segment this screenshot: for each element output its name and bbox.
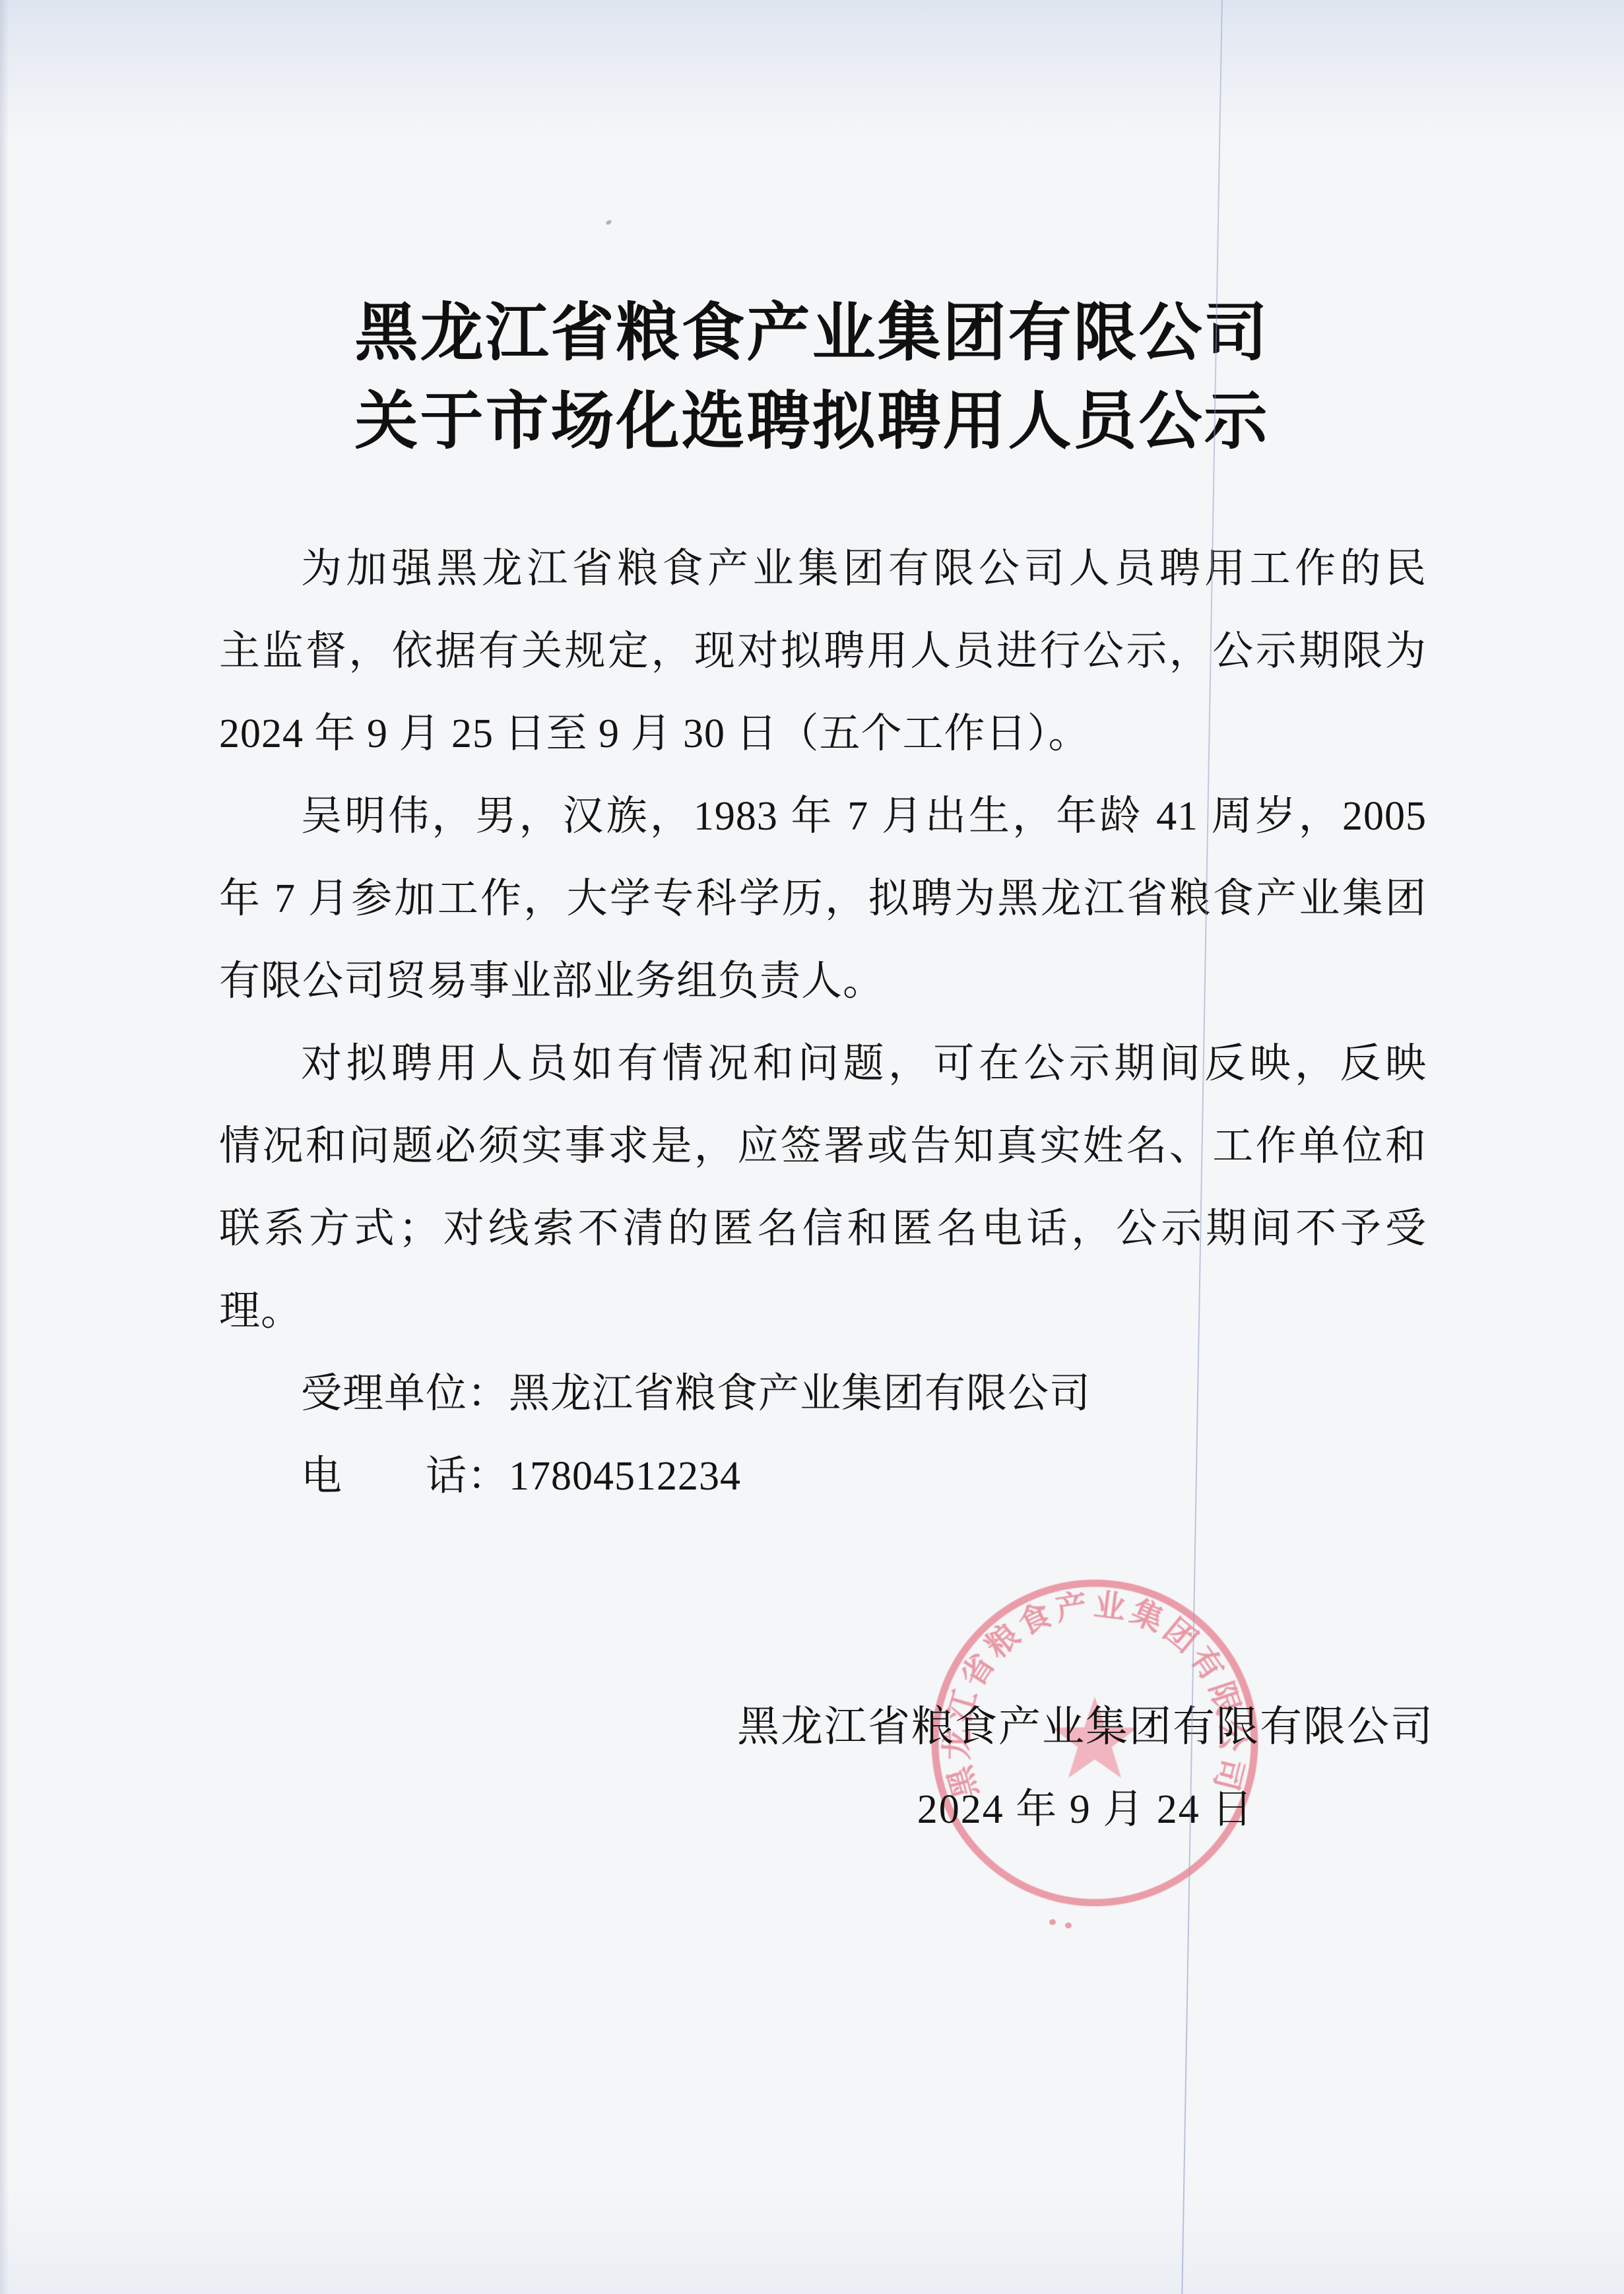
body-line: 年 7 月参加工作，大学专科学历，拟聘为黑龙江省粮食产业集团: [219, 858, 1427, 940]
body-line: 主监督，依据有关规定，现对拟聘用人员进行公示，公示期限为: [219, 610, 1427, 693]
body-line: 吴明伟，男，汉族，1983 年 7 月出生，年龄 41 周岁，2005: [219, 775, 1427, 858]
accepting-unit-label: 受理单位：: [301, 1371, 509, 1416]
document-title-line-2: 关于市场化选聘拟聘用人员公示: [26, 371, 1598, 461]
accepting-unit-line: 受理单位：黑龙江省粮食产业集团有限公司: [219, 1353, 1427, 1435]
accepting-unit-value: 黑龙江省粮食产业集团有限公司: [509, 1371, 1091, 1416]
body-line: 有限公司贸易事业部业务组负责人。: [219, 940, 1427, 1023]
scan-bottom-tint: [0, 2188, 1624, 2294]
scan-speck: [605, 219, 612, 226]
phone-label: 电 话：: [301, 1454, 509, 1499]
document-body: 为加强黑龙江省粮食产业集团有限公司人员聘用工作的民 主监督，依据有关规定，现对拟…: [219, 528, 1427, 1518]
body-line: 2024 年 9 月 25 日至 9 月 30 日（五个工作日）。: [219, 693, 1427, 775]
body-line: 为加强黑龙江省粮食产业集团有限公司人员聘用工作的民: [219, 528, 1427, 610]
signature-date: 2024 年 9 月 24 日: [709, 1767, 1462, 1852]
body-line: 情况和问题必须实事求是，应签署或告知真实姓名、工作单位和: [219, 1105, 1427, 1188]
document-title-line-1: 黑龙江省粮食产业集团有限公司: [26, 282, 1598, 373]
phone-line: 电 话：17804512234: [219, 1435, 1427, 1518]
body-line: 理。: [219, 1270, 1427, 1353]
scan-top-tint: [0, 0, 1624, 139]
signature-company: 黑龙江省粮食产业集团有限有限公司: [709, 1687, 1462, 1767]
phone-number: 17804512234: [509, 1454, 741, 1499]
scanned-announcement-page: 黑龙江省粮食产业集团有限公司 关于市场化选聘拟聘用人员公示 为加强黑龙江省粮食产…: [0, 0, 1624, 2294]
body-line: 联系方式；对线索不清的匿名信和匿名电话，公示期间不予受: [219, 1188, 1427, 1270]
signature-block: 黑龙江省粮食产业集团有限有限公司 2024 年 9 月 24 日: [709, 1687, 1462, 1852]
seal-ink-dot: [1065, 1922, 1072, 1928]
seal-ink-dot: [1049, 1919, 1056, 1925]
body-line: 对拟聘用人员如有情况和问题，可在公示期间反映，反映: [219, 1023, 1427, 1105]
scan-left-edge-tint: [0, 0, 9, 2294]
